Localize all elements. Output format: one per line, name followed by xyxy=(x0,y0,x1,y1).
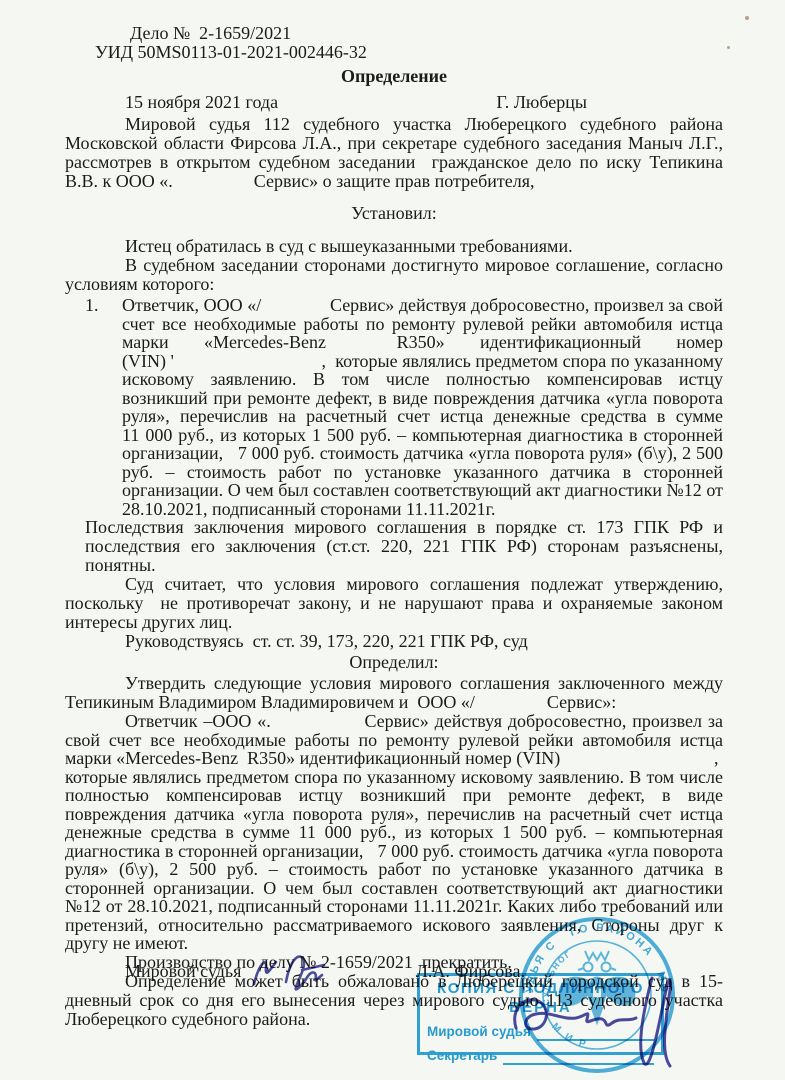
scan-speck xyxy=(727,46,730,49)
paragraph-court-opinion: Суд считает, что условия мирового соглаш… xyxy=(65,575,723,632)
paragraph-settlement: В судебном заседании сторонами достигнут… xyxy=(65,256,723,294)
case-uid: УИД 50MS0113-01-2021-002446-32 xyxy=(95,43,723,62)
settlement-terms-item: 1. Ответчик, ООО «/ Сервис» действуя доб… xyxy=(65,296,723,518)
paragraph-intro: Мировой судья 112 судебного участка Любе… xyxy=(65,115,723,191)
document-body: Дело № 2-1659/2021 УИД 50MS0113-01-2021-… xyxy=(65,24,723,1029)
document-title: Определение xyxy=(65,67,723,86)
heading-ruled: Определил: xyxy=(65,653,723,672)
date-place-row: 15 ноября 2021 года Г. Люберцы xyxy=(65,93,723,112)
paragraph-guided-by: Руководствуясь ст. ст. 39, 173, 220, 221… xyxy=(65,632,723,651)
certification-signature-ink xyxy=(500,966,712,1076)
paragraph-consequences: Последствия заключения мирового соглашен… xyxy=(85,518,723,575)
heading-established: Установил: xyxy=(65,204,723,223)
scan-speck xyxy=(745,16,749,20)
paragraph-claim: Истец обратилась в суд с вышеуказанными … xyxy=(65,237,723,256)
case-number: Дело № 2-1659/2021 xyxy=(130,24,723,43)
decision-place: Г. Люберцы xyxy=(496,93,587,112)
scanned-court-determination-page: Дело № 2-1659/2021 УИД 50MS0113-01-2021-… xyxy=(0,0,785,1080)
decision-date: 15 ноября 2021 года xyxy=(125,93,278,112)
list-number: 1. xyxy=(65,296,122,518)
paragraph-settlement-terms: Ответчик, ООО «/ Сервис» действуя доброс… xyxy=(122,296,723,518)
paragraph-approve-terms: Утвердить следующие условия мирового сог… xyxy=(65,674,723,712)
signature-role-label: Мировой судья xyxy=(125,962,241,981)
stamp-secretary-label: Секретарь xyxy=(427,1046,497,1065)
judge-signature-ink xyxy=(246,948,346,996)
